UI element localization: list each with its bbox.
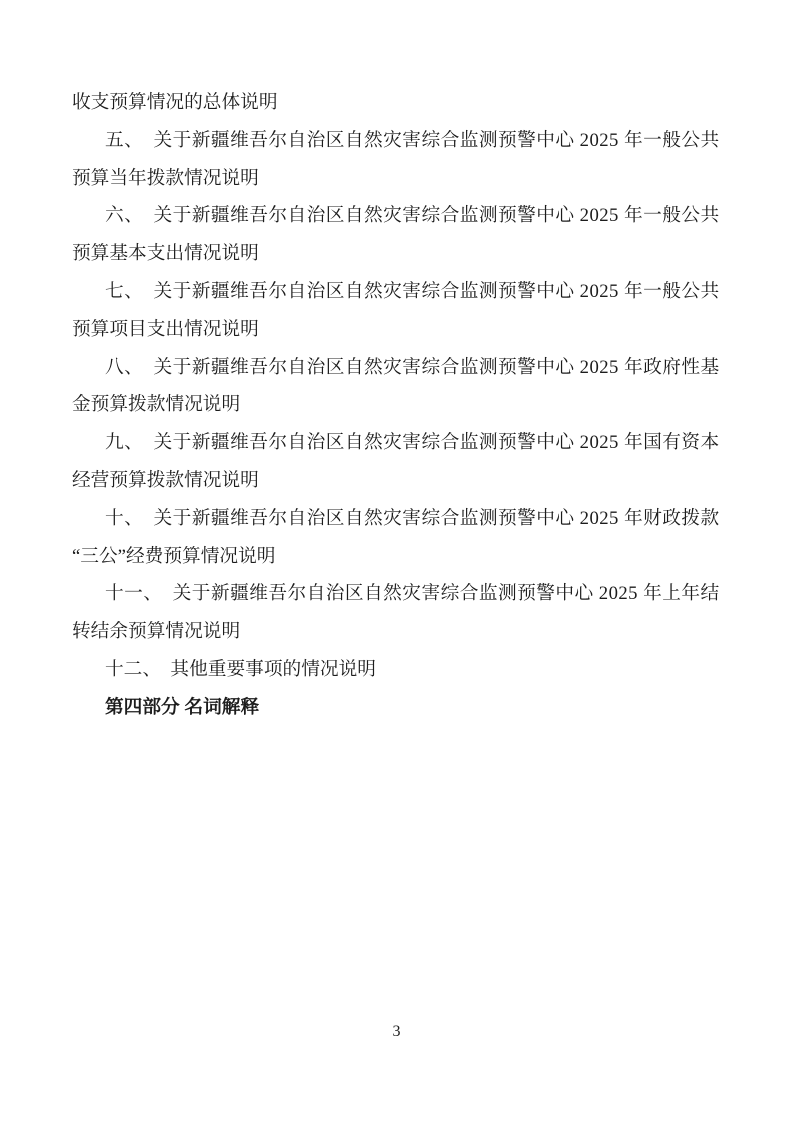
toc-item-8-line-2: 金预算拨款情况说明 <box>72 386 725 424</box>
page-number: 3 <box>393 1023 401 1040</box>
toc-item-9-line-1: 九、 关于新疆维吾尔自治区自然灾害综合监测预警中心 2025 年国有资本 <box>72 424 725 462</box>
section-heading-part4: 第四部分 名词解释 <box>72 689 725 727</box>
toc-item-6-line-1: 六、 关于新疆维吾尔自治区自然灾害综合监测预警中心 2025 年一般公共 <box>72 197 725 235</box>
toc-item-6-line-2: 预算基本支出情况说明 <box>72 235 725 273</box>
toc-item-10-line-2: “三公”经费预算情况说明 <box>72 538 725 576</box>
document-page: 收支预算情况的总体说明 五、 关于新疆维吾尔自治区自然灾害综合监测预警中心 20… <box>0 0 793 1122</box>
page-footer: 3 <box>0 1022 793 1042</box>
toc-item-5-line-1: 五、 关于新疆维吾尔自治区自然灾害综合监测预警中心 2025 年一般公共 <box>72 122 725 160</box>
toc-continuation-line: 收支预算情况的总体说明 <box>72 84 725 122</box>
toc-item-12-line-1: 十二、 其他重要事项的情况说明 <box>72 651 725 689</box>
toc-item-7-line-1: 七、 关于新疆维吾尔自治区自然灾害综合监测预警中心 2025 年一般公共 <box>72 273 725 311</box>
toc-item-11-line-1: 十一、 关于新疆维吾尔自治区自然灾害综合监测预警中心 2025 年上年结 <box>72 575 725 613</box>
toc-item-11-line-2: 转结余预算情况说明 <box>72 613 725 651</box>
toc-item-9-line-2: 经营预算拨款情况说明 <box>72 462 725 500</box>
toc-item-5-line-2: 预算当年拨款情况说明 <box>72 160 725 198</box>
toc-item-10-line-1: 十、 关于新疆维吾尔自治区自然灾害综合监测预警中心 2025 年财政拨款 <box>72 500 725 538</box>
toc-item-8-line-1: 八、 关于新疆维吾尔自治区自然灾害综合监测预警中心 2025 年政府性基 <box>72 349 725 387</box>
toc-item-7-line-2: 预算项目支出情况说明 <box>72 311 725 349</box>
document-body: 收支预算情况的总体说明 五、 关于新疆维吾尔自治区自然灾害综合监测预警中心 20… <box>72 84 725 727</box>
